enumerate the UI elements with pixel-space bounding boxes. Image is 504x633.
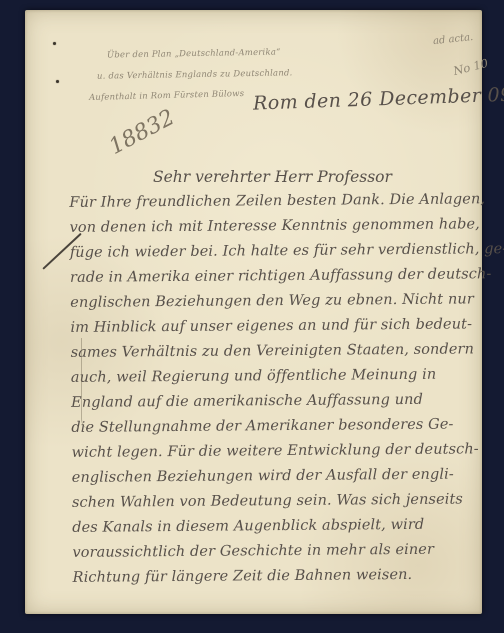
file-number-note: No 10 [452, 56, 490, 78]
letter-body-line: Für Ihre freundlichen Zeilen besten Dank… [69, 187, 504, 216]
ink-spot [56, 80, 59, 83]
letter-body-line: englischen Beziehungen den Weg zu ebnen.… [70, 287, 504, 316]
letter-body-line: von denen ich mit Interesse Kenntnis gen… [69, 212, 504, 241]
letter-body-line: füge ich wieder bei. Ich halte es für se… [70, 237, 504, 266]
letter-body-line: Richtung für längere Zeit die Bahnen wei… [73, 562, 504, 591]
letter-body-line: schen Wahlen von Bedeutung sein. Was sic… [72, 487, 504, 516]
registry-number: 18832 [105, 105, 179, 160]
letter-body-line: voraussichtlich der Geschichte in mehr a… [72, 537, 504, 566]
scanned-letter-page: Über den Plan „Deutschland-Amerika“ u. d… [0, 0, 504, 633]
letter-body-line: englischen Beziehungen wird der Ausfall … [72, 462, 504, 491]
letter-body: Für Ihre freundlichen Zeilen besten Dank… [69, 187, 504, 591]
letter-body-line: wicht legen. Für die weitere Entwicklung… [71, 437, 504, 466]
archivist-pencil-note-line2: u. das Verhältnis Englands zu Deutschlan… [97, 68, 293, 81]
letter-body-line: sames Verhältnis zu den Vereinigten Staa… [71, 337, 504, 366]
letter-body-line: England auf die amerikanische Auffassung… [71, 387, 504, 416]
ad-acta-filing-note: ad acta. [433, 32, 474, 47]
dateline: Rom den 26 December 09. [253, 83, 504, 114]
letter-body-line: des Kanals in diesem Augenblick abspielt… [72, 512, 504, 541]
letter-paper-sheet: Über den Plan „Deutschland-Amerika“ u. d… [25, 10, 482, 614]
letter-body-line: im Hinblick auf unser eigenes an und für… [70, 312, 504, 341]
margin-pencil-line [81, 338, 92, 430]
letter-body-line: rade in Amerika einer richtigen Auffassu… [70, 262, 504, 291]
archivist-pencil-note-line1: Über den Plan „Deutschland-Amerika“ [107, 47, 281, 60]
ink-spot [53, 42, 56, 45]
letter-body-line: die Stellungnahme der Amerikaner besonde… [71, 412, 504, 441]
letter-body-line: auch, weil Regierung und öffentliche Mei… [71, 362, 504, 391]
salutation: Sehr verehrter Herr Professor [153, 168, 392, 186]
archivist-pencil-note-line3: Aufenthalt in Rom Fürsten Bülows [89, 89, 244, 103]
